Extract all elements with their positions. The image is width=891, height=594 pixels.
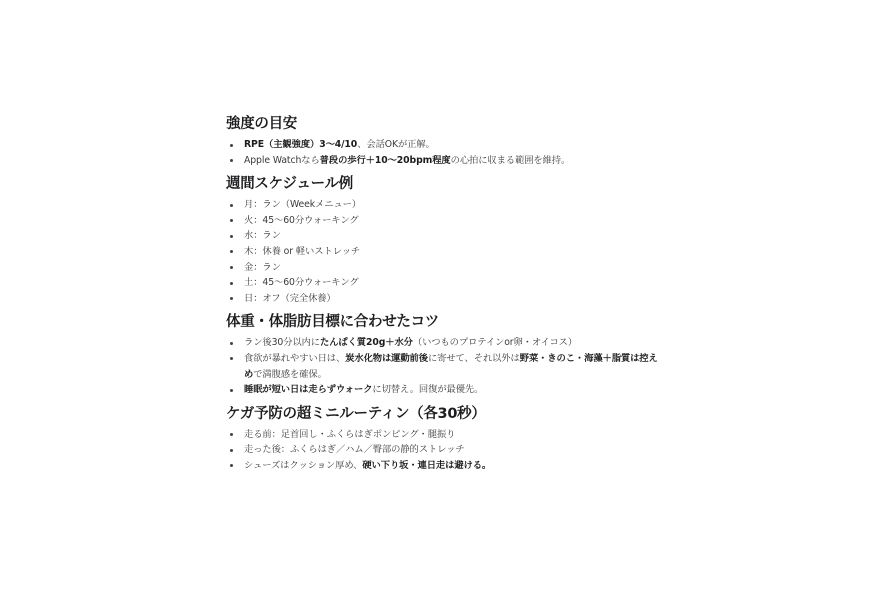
list-item: RPE（主観強度）3〜4/10、会話OKが正解。 (226, 137, 666, 153)
list-item: 火：45〜60分ウォーキング (226, 213, 666, 229)
bold-text: 炭水化物は運動前後 (345, 353, 428, 364)
text: Apple Watchなら (244, 155, 320, 166)
text: 火：45〜60分ウォーキング (244, 215, 359, 226)
list-item: 食欲が暴れやすい日は、炭水化物は運動前後に寄せて、それ以外は野菜・きのこ・海藻＋… (226, 351, 666, 382)
bullet-list: 月：ラン（Weekメニュー）火：45〜60分ウォーキング水：ラン木：休養 or … (226, 197, 666, 306)
text: 木：休養 or 軽いストレッチ (244, 246, 360, 257)
text: で満腹感を確保。 (253, 369, 327, 380)
section-heading: ケガ予防の超ミニルーティン（各30秒） (226, 404, 666, 424)
text: の心拍に収まる範囲を維持。 (451, 155, 571, 166)
text: （いつものプロテインor卵・オイコス） (413, 337, 577, 348)
section-injury-prevention: ケガ予防の超ミニルーティン（各30秒） 走る前：足首回し・ふくらはぎポンピング・… (226, 404, 666, 474)
bold-text: 睡眠が短い日は走らずウォーク (244, 384, 372, 395)
section-weight-tips: 体重・体脂肪目標に合わせたコツ ラン後30分以内にたんぱく質20g＋水分（いつも… (226, 312, 666, 397)
section-intensity: 強度の目安 RPE（主観強度）3〜4/10、会話OKが正解。Apple Watc… (226, 114, 666, 168)
bullet-list: ラン後30分以内にたんぱく質20g＋水分（いつものプロテインor卵・オイコス）食… (226, 335, 666, 397)
section-heading: 体重・体脂肪目標に合わせたコツ (226, 312, 666, 332)
bold-text: 普段の歩行＋10〜20bpm程度 (320, 155, 451, 166)
text: 月：ラン（Weekメニュー） (244, 199, 361, 210)
list-item: 走る前：足首回し・ふくらはぎポンピング・腿振り (226, 427, 666, 443)
bold-text: 硬い下り坂・連日走は避ける。 (362, 460, 491, 471)
list-item: 走った後：ふくらはぎ／ハム／臀部の静的ストレッチ (226, 442, 666, 458)
list-item: 月：ラン（Weekメニュー） (226, 197, 666, 213)
list-item: ラン後30分以内にたんぱく質20g＋水分（いつものプロテインor卵・オイコス） (226, 335, 666, 351)
text: 土：45〜60分ウォーキング (244, 277, 359, 288)
text: 金：ラン (244, 262, 281, 273)
text: に切替え。回復が最優先。 (372, 384, 483, 395)
bold-text: RPE（主観強度）3〜4/10 (244, 139, 357, 150)
document-body: 強度の目安 RPE（主観強度）3〜4/10、会話OKが正解。Apple Watc… (226, 114, 666, 480)
bullet-list: 走る前：足首回し・ふくらはぎポンピング・腿振り走った後：ふくらはぎ／ハム／臀部の… (226, 427, 666, 474)
list-item: シューズはクッション厚め、硬い下り坂・連日走は避ける。 (226, 458, 666, 474)
section-heading: 強度の目安 (226, 114, 666, 134)
list-item: 日：オフ（完全休養） (226, 291, 666, 307)
text: 水：ラン (244, 230, 281, 241)
text: ラン後30分以内に (244, 337, 320, 348)
text: 食欲が暴れやすい日は、 (244, 353, 345, 364)
text: 、会話OKが正解。 (357, 139, 435, 150)
bold-text: たんぱく質20g＋水分 (320, 337, 413, 348)
section-heading: 週間スケジュール例 (226, 174, 666, 194)
list-item: 水：ラン (226, 228, 666, 244)
list-item: 金：ラン (226, 260, 666, 276)
list-item: 睡眠が短い日は走らずウォークに切替え。回復が最優先。 (226, 382, 666, 398)
text: に寄せて、それ以外は (428, 353, 520, 364)
list-item: Apple Watchなら普段の歩行＋10〜20bpm程度の心拍に収まる範囲を維… (226, 153, 666, 169)
text: 走った後：ふくらはぎ／ハム／臀部の静的ストレッチ (244, 444, 465, 455)
bullet-list: RPE（主観強度）3〜4/10、会話OKが正解。Apple Watchなら普段の… (226, 137, 666, 168)
section-weekly-schedule: 週間スケジュール例 月：ラン（Weekメニュー）火：45〜60分ウォーキング水：… (226, 174, 666, 306)
list-item: 土：45〜60分ウォーキング (226, 275, 666, 291)
text: 走る前：足首回し・ふくらはぎポンピング・腿振り (244, 429, 455, 440)
text: 日：オフ（完全休養） (244, 293, 336, 304)
text: シューズはクッション厚め、 (244, 460, 362, 471)
list-item: 木：休養 or 軽いストレッチ (226, 244, 666, 260)
